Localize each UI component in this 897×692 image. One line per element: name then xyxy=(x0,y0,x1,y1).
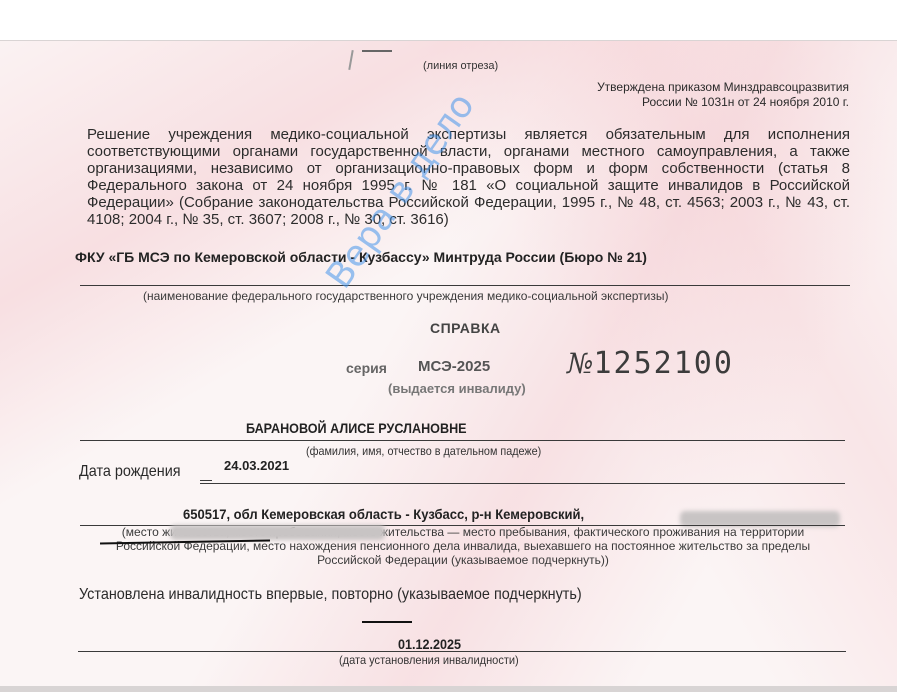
establishment-date-value: 01.12.2025 xyxy=(398,636,461,652)
birth-date-value: 24.03.2021 xyxy=(224,458,289,473)
redacted-caption-part xyxy=(170,525,385,540)
organization-underline xyxy=(80,285,850,286)
series-label: серия xyxy=(346,360,387,376)
establishment-date-caption: (дата установления инвалидности) xyxy=(339,653,519,667)
number-sign: № xyxy=(567,347,594,380)
organization-caption: (наименование федерального государственн… xyxy=(143,289,668,303)
legal-paragraph: Решение учреждения медико-социальной экс… xyxy=(87,126,850,228)
full-name-caption: (фамилия, имя, отчество в дательном паде… xyxy=(306,444,541,458)
birth-date-label: Дата рождения xyxy=(79,463,181,481)
cut-line-label: (линия отреза) xyxy=(423,60,498,72)
number-value: 1252100 xyxy=(594,346,734,381)
scan-top-margin xyxy=(0,0,897,41)
disability-established-text: Установлена инвалидность впервые, повтор… xyxy=(79,586,582,604)
certificate-number: №1252100 xyxy=(567,346,734,381)
certificate-page: (линия отреза) Утверждена приказом Минзд… xyxy=(0,0,897,692)
series-value: МСЭ-2025 xyxy=(418,358,490,375)
document-title: СПРАВКА xyxy=(430,320,501,336)
full-name-underline xyxy=(80,440,845,441)
approval-note: Утверждена приказом Минздравсоцразвития … xyxy=(519,80,849,110)
birth-date-underline xyxy=(200,483,845,484)
approval-line-1: Утверждена приказом Минздравсоцразвития xyxy=(519,80,849,95)
cut-line-mark xyxy=(348,50,353,70)
full-name: БАРАНОВОЙ АЛИСЕ РУСЛАНОВНЕ xyxy=(246,420,467,436)
scan-bottom-edge xyxy=(0,686,897,692)
handwritten-dash xyxy=(362,621,412,623)
birth-date-underline-short xyxy=(200,480,212,481)
cut-line-mark xyxy=(362,50,392,52)
address-value: 650517, обл Кемеровская область - Кузбас… xyxy=(183,506,584,522)
establishment-date-underline xyxy=(78,651,846,652)
approval-line-2: России № 1031н от 24 ноября 2010 г. xyxy=(519,95,849,110)
issued-to-caption: (выдается инвалиду) xyxy=(388,381,526,396)
